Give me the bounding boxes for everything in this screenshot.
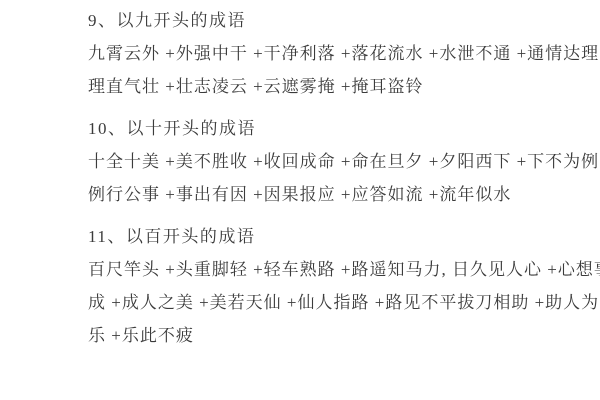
section-heading-ten: 10、以十开头的成语 [88, 120, 530, 138]
idiom-line: 十全十美 +美不胜收 +收回成命 +命在旦夕 +夕阳西下 +下不为例 [88, 153, 530, 171]
idiom-line: 例行公事 +事出有因 +因果报应 +应答如流 +流年似水 [88, 186, 530, 204]
section-idioms-nine: 9、以九开头的成语 九霄云外 +外强中干 +干净利落 +落花流水 +水泄不通 +… [88, 12, 530, 96]
document-page: 9、以九开头的成语 九霄云外 +外强中干 +干净利落 +落花流水 +水泄不通 +… [0, 0, 600, 400]
section-heading-hundred: 11、以百开头的成语 [88, 228, 530, 246]
section-idioms-ten: 10、以十开头的成语 十全十美 +美不胜收 +收回成命 +命在旦夕 +夕阳西下 … [88, 120, 530, 204]
idiom-line: 乐 +乐此不疲 [88, 327, 530, 345]
idiom-line: 九霄云外 +外强中干 +干净利落 +落花流水 +水泄不通 +通情达理 [88, 45, 530, 63]
idiom-line: 理直气壮 +壮志凌云 +云遮雾掩 +掩耳盗铃 [88, 78, 530, 96]
idiom-line: 百尺竿头 +头重脚轻 +轻车熟路 +路遥知马力, 日久见人心 +心想事 [88, 261, 530, 279]
section-heading-nine: 9、以九开头的成语 [88, 12, 530, 30]
section-idioms-hundred: 11、以百开头的成语 百尺竿头 +头重脚轻 +轻车熟路 +路遥知马力, 日久见人… [88, 228, 530, 345]
idiom-line: 成 +成人之美 +美若天仙 +仙人指路 +路见不平拔刀相助 +助人为 [88, 294, 530, 312]
